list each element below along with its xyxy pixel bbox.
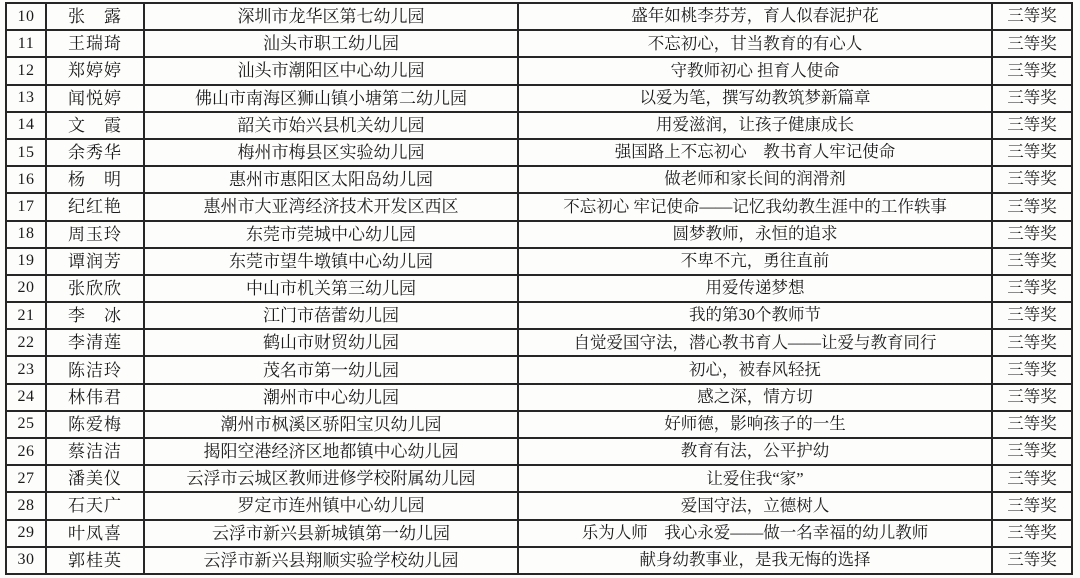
kindergarten-name-cell: 江门市蓓蕾幼儿园	[144, 302, 518, 329]
award-grade-cell: 三等奖	[992, 356, 1072, 383]
award-grade-cell: 三等奖	[992, 547, 1072, 574]
award-grade-cell: 三等奖	[992, 411, 1072, 438]
teacher-name-cell: 周玉玲	[46, 221, 144, 248]
essay-title-cell: 献身幼教事业，是我无悔的选择	[518, 547, 992, 574]
award-table: 10张 露深圳市龙华区第七幼儿园盛年如桃李芬芳，育人似春泥护花三等奖11王瑞琦汕…	[5, 2, 1073, 575]
table-row: 22李清莲鹤山市财贸幼儿园自觉爱国守法，潜心教书育人——让爱与教育同行三等奖	[6, 329, 1072, 356]
essay-title-cell: 让爱住我“家”	[518, 465, 992, 492]
kindergarten-name-cell: 云浮市新兴县翔顺实验学校幼儿园	[144, 547, 518, 574]
table-row: 15余秀华梅州市梅县区实验幼儿园强国路上不忘初心 教书育人牢记使命三等奖	[6, 139, 1072, 166]
award-grade-cell: 三等奖	[992, 465, 1072, 492]
table-row: 24林伟君潮州市中心幼儿园感之深，情方切三等奖	[6, 384, 1072, 411]
row-number-cell: 12	[6, 57, 46, 84]
row-number-cell: 18	[6, 221, 46, 248]
essay-title-cell: 不卑不亢，勇往直前	[518, 248, 992, 275]
row-number-cell: 24	[6, 384, 46, 411]
teacher-name-cell: 蔡洁洁	[46, 438, 144, 465]
kindergarten-name-cell: 梅州市梅县区实验幼儿园	[144, 139, 518, 166]
kindergarten-name-cell: 茂名市第一幼儿园	[144, 356, 518, 383]
award-grade-cell: 三等奖	[992, 329, 1072, 356]
essay-title-cell: 以爱为笔，撰写幼教筑梦新篇章	[518, 85, 992, 112]
teacher-name-cell: 潘美仪	[46, 465, 144, 492]
row-number-cell: 17	[6, 193, 46, 220]
award-grade-cell: 三等奖	[992, 30, 1072, 57]
essay-title-cell: 初心，被春风轻抚	[518, 356, 992, 383]
table-row: 27潘美仪云浮市云城区教师进修学校附属幼儿园让爱住我“家”三等奖	[6, 465, 1072, 492]
table-row: 10张 露深圳市龙华区第七幼儿园盛年如桃李芬芳，育人似春泥护花三等奖	[6, 3, 1072, 30]
essay-title-cell: 不忘初心，甘当教育的有心人	[518, 30, 992, 57]
kindergarten-name-cell: 罗定市连州镇中心幼儿园	[144, 492, 518, 519]
table-row: 14文 霞韶关市始兴县机关幼儿园用爱滋润，让孩子健康成长三等奖	[6, 112, 1072, 139]
row-number-cell: 10	[6, 3, 46, 30]
row-number-cell: 25	[6, 411, 46, 438]
essay-title-cell: 乐为人师 我心永爱——做一名幸福的幼儿教师	[518, 520, 992, 547]
row-number-cell: 22	[6, 329, 46, 356]
award-grade-cell: 三等奖	[992, 57, 1072, 84]
teacher-name-cell: 杨 明	[46, 166, 144, 193]
kindergarten-name-cell: 云浮市云城区教师进修学校附属幼儿园	[144, 465, 518, 492]
document-page: 10张 露深圳市龙华区第七幼儿园盛年如桃李芬芳，育人似春泥护花三等奖11王瑞琦汕…	[0, 0, 1080, 578]
row-number-cell: 14	[6, 112, 46, 139]
table-row: 19谭润芳东莞市望牛墩镇中心幼儿园不卑不亢，勇往直前三等奖	[6, 248, 1072, 275]
row-number-cell: 16	[6, 166, 46, 193]
essay-title-cell: 强国路上不忘初心 教书育人牢记使命	[518, 139, 992, 166]
award-grade-cell: 三等奖	[992, 302, 1072, 329]
table-row: 20张欣欣中山市机关第三幼儿园用爱传递梦想三等奖	[6, 275, 1072, 302]
table-row: 25陈爱梅潮州市枫溪区骄阳宝贝幼儿园好师德，影响孩子的一生三等奖	[6, 411, 1072, 438]
kindergarten-name-cell: 潮州市中心幼儿园	[144, 384, 518, 411]
essay-title-cell: 感之深，情方切	[518, 384, 992, 411]
essay-title-cell: 爱国守法，立德树人	[518, 492, 992, 519]
row-number-cell: 28	[6, 492, 46, 519]
teacher-name-cell: 叶凤喜	[46, 520, 144, 547]
row-number-cell: 29	[6, 520, 46, 547]
teacher-name-cell: 余秀华	[46, 139, 144, 166]
table-row: 23陈洁玲茂名市第一幼儿园初心，被春风轻抚三等奖	[6, 356, 1072, 383]
teacher-name-cell: 石天广	[46, 492, 144, 519]
kindergarten-name-cell: 汕头市职工幼儿园	[144, 30, 518, 57]
teacher-name-cell: 李 冰	[46, 302, 144, 329]
table-row: 26蔡洁洁揭阳空港经济区地都镇中心幼儿园教育有法，公平护幼三等奖	[6, 438, 1072, 465]
essay-title-cell: 守教师初心 担育人使命	[518, 57, 992, 84]
kindergarten-name-cell: 云浮市新兴县新城镇第一幼儿园	[144, 520, 518, 547]
award-table-body: 10张 露深圳市龙华区第七幼儿园盛年如桃李芬芳，育人似春泥护花三等奖11王瑞琦汕…	[6, 3, 1072, 574]
table-row: 16杨 明惠州市惠阳区太阳岛幼儿园做老师和家长间的润滑剂三等奖	[6, 166, 1072, 193]
award-grade-cell: 三等奖	[992, 166, 1072, 193]
teacher-name-cell: 张欣欣	[46, 275, 144, 302]
kindergarten-name-cell: 佛山市南海区狮山镇小塘第二幼儿园	[144, 85, 518, 112]
essay-title-cell: 做老师和家长间的润滑剂	[518, 166, 992, 193]
kindergarten-name-cell: 汕头市潮阳区中心幼儿园	[144, 57, 518, 84]
kindergarten-name-cell: 东莞市莞城中心幼儿园	[144, 221, 518, 248]
table-row: 17纪红艳惠州市大亚湾经济技术开发区西区不忘初心 牢记使命——记忆我幼教生涯中的…	[6, 193, 1072, 220]
award-grade-cell: 三等奖	[992, 139, 1072, 166]
teacher-name-cell: 纪红艳	[46, 193, 144, 220]
table-row: 11王瑞琦汕头市职工幼儿园不忘初心，甘当教育的有心人三等奖	[6, 30, 1072, 57]
table-row: 30郭桂英云浮市新兴县翔顺实验学校幼儿园献身幼教事业，是我无悔的选择三等奖	[6, 547, 1072, 574]
award-grade-cell: 三等奖	[992, 193, 1072, 220]
teacher-name-cell: 张 露	[46, 3, 144, 30]
row-number-cell: 11	[6, 30, 46, 57]
row-number-cell: 13	[6, 85, 46, 112]
table-row: 18周玉玲东莞市莞城中心幼儿园圆梦教师，永恒的追求三等奖	[6, 221, 1072, 248]
teacher-name-cell: 闻悦婷	[46, 85, 144, 112]
kindergarten-name-cell: 中山市机关第三幼儿园	[144, 275, 518, 302]
essay-title-cell: 盛年如桃李芬芳，育人似春泥护花	[518, 3, 992, 30]
essay-title-cell: 自觉爱国守法，潜心教书育人——让爱与教育同行	[518, 329, 992, 356]
kindergarten-name-cell: 东莞市望牛墩镇中心幼儿园	[144, 248, 518, 275]
table-row: 21李 冰江门市蓓蕾幼儿园我的第30个教师节三等奖	[6, 302, 1072, 329]
row-number-cell: 23	[6, 356, 46, 383]
row-number-cell: 27	[6, 465, 46, 492]
kindergarten-name-cell: 惠州市大亚湾经济技术开发区西区	[144, 193, 518, 220]
kindergarten-name-cell: 鹤山市财贸幼儿园	[144, 329, 518, 356]
row-number-cell: 19	[6, 248, 46, 275]
teacher-name-cell: 谭润芳	[46, 248, 144, 275]
award-grade-cell: 三等奖	[992, 275, 1072, 302]
essay-title-cell: 不忘初心 牢记使命——记忆我幼教生涯中的工作轶事	[518, 193, 992, 220]
award-grade-cell: 三等奖	[992, 221, 1072, 248]
essay-title-cell: 用爱传递梦想	[518, 275, 992, 302]
award-grade-cell: 三等奖	[992, 85, 1072, 112]
essay-title-cell: 用爱滋润，让孩子健康成长	[518, 112, 992, 139]
essay-title-cell: 我的第30个教师节	[518, 302, 992, 329]
essay-title-cell: 好师德，影响孩子的一生	[518, 411, 992, 438]
award-grade-cell: 三等奖	[992, 438, 1072, 465]
essay-title-cell: 教育有法，公平护幼	[518, 438, 992, 465]
table-row: 13闻悦婷佛山市南海区狮山镇小塘第二幼儿园以爱为笔，撰写幼教筑梦新篇章三等奖	[6, 85, 1072, 112]
teacher-name-cell: 文 霞	[46, 112, 144, 139]
award-grade-cell: 三等奖	[992, 248, 1072, 275]
teacher-name-cell: 陈爱梅	[46, 411, 144, 438]
award-grade-cell: 三等奖	[992, 112, 1072, 139]
essay-title-cell: 圆梦教师，永恒的追求	[518, 221, 992, 248]
kindergarten-name-cell: 深圳市龙华区第七幼儿园	[144, 3, 518, 30]
award-grade-cell: 三等奖	[992, 520, 1072, 547]
teacher-name-cell: 郭桂英	[46, 547, 144, 574]
award-grade-cell: 三等奖	[992, 3, 1072, 30]
teacher-name-cell: 郑婷婷	[46, 57, 144, 84]
kindergarten-name-cell: 揭阳空港经济区地都镇中心幼儿园	[144, 438, 518, 465]
table-row: 12郑婷婷汕头市潮阳区中心幼儿园守教师初心 担育人使命三等奖	[6, 57, 1072, 84]
teacher-name-cell: 王瑞琦	[46, 30, 144, 57]
row-number-cell: 20	[6, 275, 46, 302]
row-number-cell: 15	[6, 139, 46, 166]
kindergarten-name-cell: 潮州市枫溪区骄阳宝贝幼儿园	[144, 411, 518, 438]
kindergarten-name-cell: 惠州市惠阳区太阳岛幼儿园	[144, 166, 518, 193]
teacher-name-cell: 陈洁玲	[46, 356, 144, 383]
kindergarten-name-cell: 韶关市始兴县机关幼儿园	[144, 112, 518, 139]
row-number-cell: 26	[6, 438, 46, 465]
teacher-name-cell: 林伟君	[46, 384, 144, 411]
award-grade-cell: 三等奖	[992, 384, 1072, 411]
table-row: 28石天广罗定市连州镇中心幼儿园爱国守法，立德树人三等奖	[6, 492, 1072, 519]
row-number-cell: 21	[6, 302, 46, 329]
award-grade-cell: 三等奖	[992, 492, 1072, 519]
teacher-name-cell: 李清莲	[46, 329, 144, 356]
table-row: 29叶凤喜云浮市新兴县新城镇第一幼儿园乐为人师 我心永爱——做一名幸福的幼儿教师…	[6, 520, 1072, 547]
row-number-cell: 30	[6, 547, 46, 574]
